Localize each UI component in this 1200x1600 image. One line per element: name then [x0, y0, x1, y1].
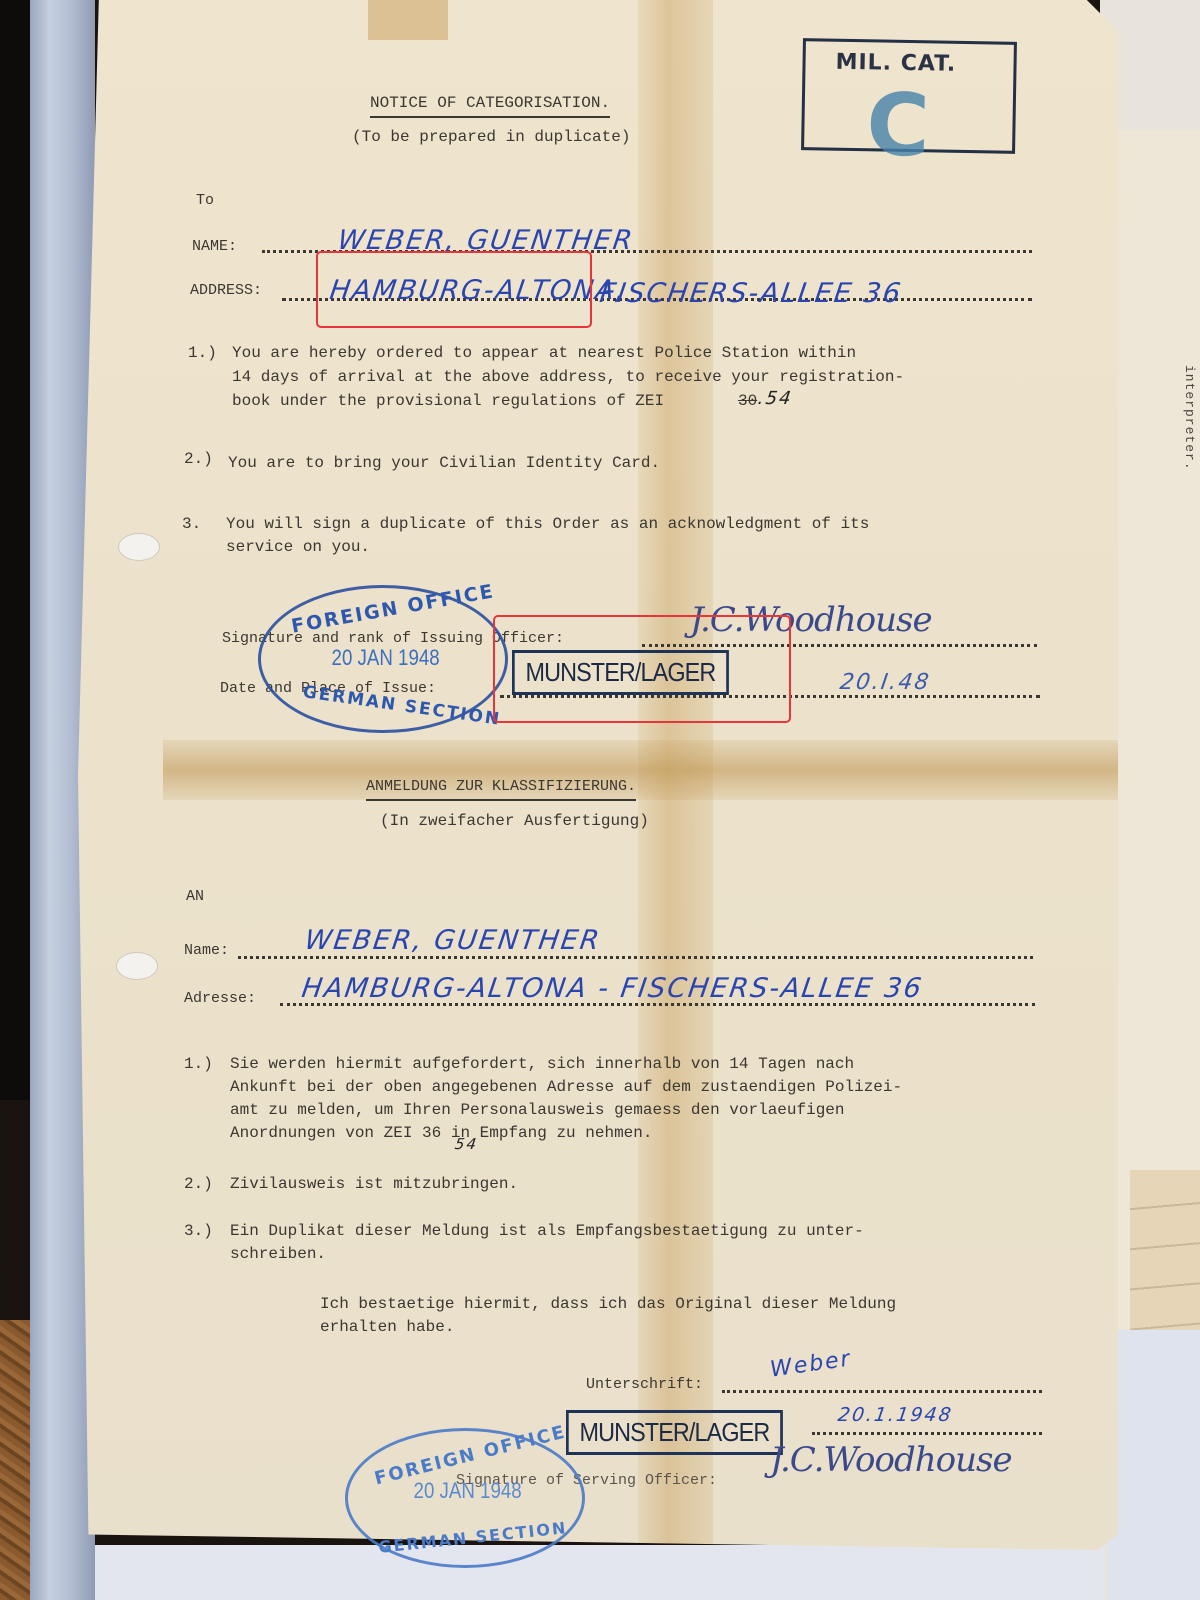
german-name-label: Name: — [184, 942, 229, 959]
item-number: 2.) — [184, 1175, 213, 1193]
item-3-line-1: You will sign a duplicate of this Order … — [226, 515, 869, 533]
german-place-stamp: MUNSTER/LAGER — [566, 1410, 783, 1455]
item-number: 1.) — [188, 344, 217, 362]
background-bottom — [95, 1545, 1105, 1600]
handwritten-correction: .54 — [757, 388, 795, 409]
struck-reference: 30 — [738, 392, 757, 410]
milcat-letter: C — [866, 82, 931, 169]
stamp-2-date: 20 JAN 1948 — [414, 1478, 522, 1504]
item-2-line-1: You are to bring your Civilian Identity … — [228, 454, 660, 472]
german-address-value: HAMBURG-ALTONA - FISCHERS-ALLEE 36 — [300, 973, 925, 1004]
highlight-box-place-stamp — [493, 615, 791, 723]
stamp-date: 20 JAN 1948 — [332, 645, 440, 671]
item-number: 1.) — [184, 1055, 213, 1073]
serving-officer-signature: J.C.Woodhouse — [770, 1440, 1012, 1480]
item-1-line-1: You are hereby ordered to appear at near… — [232, 344, 856, 362]
background-bottom-right — [1108, 1330, 1200, 1600]
german-subtitle: (In zweifacher Ausfertigung) — [380, 812, 649, 830]
german-item-2-line-1: Zivilausweis ist mitzubringen. — [230, 1175, 518, 1193]
punch-hole — [118, 533, 160, 561]
milcat-label: MIL. CAT. — [835, 50, 956, 77]
tape-stain-top — [368, 0, 448, 40]
background-dark — [0, 0, 30, 1100]
military-category-stamp: MIL. CAT. C — [801, 38, 1017, 154]
item-3-line-2: service on you. — [226, 538, 370, 556]
item-number: 3.) — [184, 1222, 213, 1240]
side-sheet-text-2: interpreter. — [1182, 365, 1197, 471]
unterschrift-label: Unterschrift: — [586, 1376, 703, 1393]
name-label: NAME: — [192, 238, 237, 255]
german-item-1-line-3: amt zu melden, um Ihren Personalausweis … — [230, 1101, 845, 1119]
german-item-1-line-2: Ankunft bei der oben angegebenen Adresse… — [230, 1078, 902, 1096]
an-label: AN — [186, 888, 204, 905]
issue-date: 20.I.48 — [838, 670, 932, 695]
punch-hole — [116, 952, 158, 980]
item-number: 3. — [182, 515, 201, 533]
confirmation-line-1: Ich bestaetige hiermit, dass ich das Ori… — [320, 1295, 896, 1313]
german-name-value: WEBER, GUENTHER — [303, 925, 603, 956]
german-handwritten-correction: 54 — [454, 1135, 480, 1153]
tape-stain-horizontal — [163, 740, 1193, 800]
german-item-3-line-1: Ein Duplikat dieser Meldung ist als Empf… — [230, 1222, 864, 1240]
side-sheet — [1108, 130, 1200, 1330]
unterschrift-dotted-line — [722, 1390, 1042, 1393]
german-title: ANMELDUNG ZUR KLASSIFIZIERUNG. — [366, 778, 636, 801]
german-name-dotted-line — [238, 956, 1033, 959]
english-subtitle: (To be prepared in duplicate) — [352, 128, 630, 146]
item-number: 2.) — [184, 450, 213, 468]
to-label: To — [196, 192, 214, 209]
highlight-box-address — [316, 251, 592, 328]
date-dotted-line-german — [812, 1432, 1042, 1435]
side-paper-stack — [1130, 1170, 1200, 1330]
german-item-1-line-1: Sie werden hiermit aufgefordert, sich in… — [230, 1055, 854, 1073]
german-address-label: Adresse: — [184, 990, 256, 1007]
german-item-3-line-2: schreiben. — [230, 1245, 326, 1263]
address-label: ADDRESS: — [190, 282, 262, 299]
item-1-line-3: book under the provisional regulations o… — [232, 392, 664, 410]
german-item-1-line-4: Anordnungen von ZEI 36 in Empfang zu neh… — [230, 1124, 652, 1142]
german-date-value: 20.1.1948 — [836, 1404, 954, 1426]
address-value-street: FISCHERS-ALLEE 36 — [598, 278, 904, 309]
confirmation-line-2: erhalten habe. — [320, 1318, 454, 1336]
item-1-line-2: 14 days of arrival at the above address,… — [232, 368, 904, 386]
english-title: NOTICE OF CATEGORISATION. — [370, 94, 610, 118]
